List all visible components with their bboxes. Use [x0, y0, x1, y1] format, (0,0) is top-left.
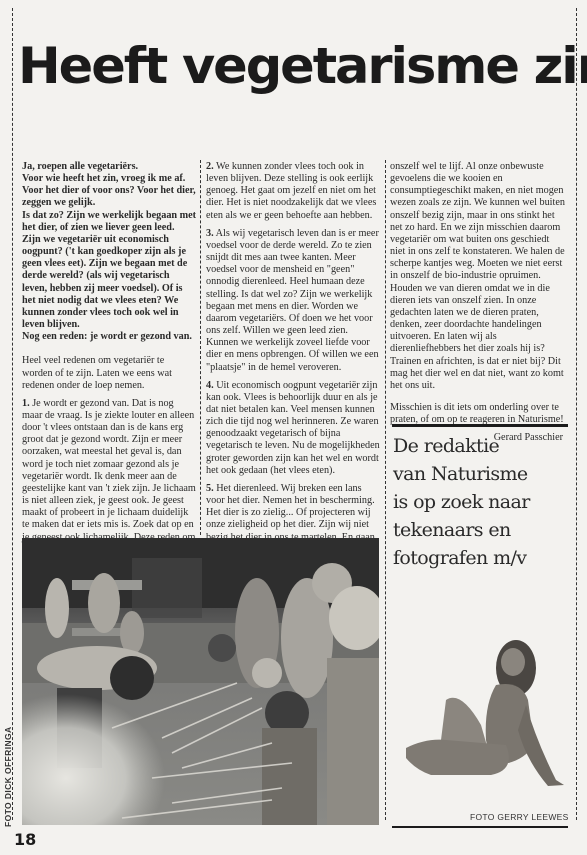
intro-line: Voor het dier of voor ons? Voor het dier… — [22, 185, 196, 208]
side-bottom-rule — [392, 826, 568, 828]
point-text: voedsel voor de derde wereld. Zo te zien… — [206, 240, 379, 373]
intro-line: Is dat zo? Zijn we werkelijk begaan met … — [22, 210, 196, 233]
point-first-line: We kunnen zonder vlees toch ook in — [216, 161, 364, 172]
column-3: onszelf wel te lijf. Al onze onbewuste g… — [390, 161, 567, 450]
promo-top-rule — [392, 424, 568, 427]
point-text: kan ook. Vlees is behoorlijk duur en als… — [206, 392, 380, 476]
side-photo-credit: FOTO GERRY LEEWES — [470, 812, 569, 822]
point-4: 4. Uit economisch oogpunt vegetariër zij… — [206, 380, 382, 477]
point-first-line: Je wordt er gezond van. Dat is nog — [32, 398, 173, 409]
intro-paragraph: Ja, roepen alle vegetariërs. Voor wie he… — [22, 161, 197, 343]
promo-line: tekenaars en — [393, 516, 571, 544]
point-2: 2. We kunnen zonder vlees toch ook in le… — [206, 161, 382, 222]
closing-paragraph: Misschien is dit iets om onderling over … — [390, 402, 567, 426]
point-text: leven blijven. Deze stelling is ook eerl… — [206, 173, 376, 220]
photo-illustration — [22, 538, 379, 825]
intro-line: Nog een reden: je wordt er gezond van. — [22, 331, 192, 342]
photo-illustration — [396, 630, 566, 790]
article-title: Heeft vegetarisme zin? — [18, 38, 585, 94]
point-first-line: Uit economisch oogpunt vegetariër zijn — [216, 380, 377, 391]
promo-line: is op zoek naar — [393, 488, 571, 516]
magazine-page: Heeft vegetarisme zin? Ja, roepen alle v… — [0, 0, 587, 855]
left-dashed-border — [12, 8, 13, 820]
continuation-paragraph: onszelf wel te lijf. Al onze onbewuste g… — [390, 161, 567, 392]
point-number: 2. — [206, 161, 214, 172]
campfire-group-photo — [22, 538, 379, 825]
point-number: 5. — [206, 483, 214, 494]
promo-line: van Naturisme — [393, 460, 571, 488]
promo-line: De redaktie — [393, 432, 571, 460]
point-number: 3. — [206, 228, 214, 239]
point-first-line: Als wij vegetarisch leven dan is er meer — [216, 228, 379, 239]
lead-paragraph: Heel veel redenen om vegetariër te worde… — [22, 355, 197, 391]
intro-line: Voor wie heeft het zin, vroeg ik me af. — [22, 173, 185, 184]
intro-line: Ja, roepen alle vegetariërs. — [22, 161, 138, 172]
column-divider-1 — [200, 160, 201, 535]
promo-box: De redaktie van Naturisme is op zoek naa… — [393, 432, 571, 572]
point-3: 3. Als wij vegetarisch leven dan is er m… — [206, 228, 382, 374]
main-photo-credit: FOTO DICK OFFRINGA — [3, 726, 13, 827]
point-first-line: Het dierenleed. Wij breken een lans — [216, 483, 361, 494]
point-number: 1. — [22, 398, 30, 409]
column-divider-2 — [385, 160, 386, 820]
column-1: Ja, roepen alle vegetariërs. Voor wie he… — [22, 161, 197, 598]
page-number: 18 — [14, 830, 36, 849]
point-number: 4. — [206, 380, 214, 391]
right-dashed-border — [576, 8, 577, 820]
seated-woman-photo — [396, 630, 566, 790]
intro-line: Zijn we vegetariër uit economisch oogpun… — [22, 234, 187, 330]
promo-line: fotografen m/v — [393, 544, 571, 572]
column-2: 2. We kunnen zonder vlees toch ook in le… — [206, 161, 382, 562]
